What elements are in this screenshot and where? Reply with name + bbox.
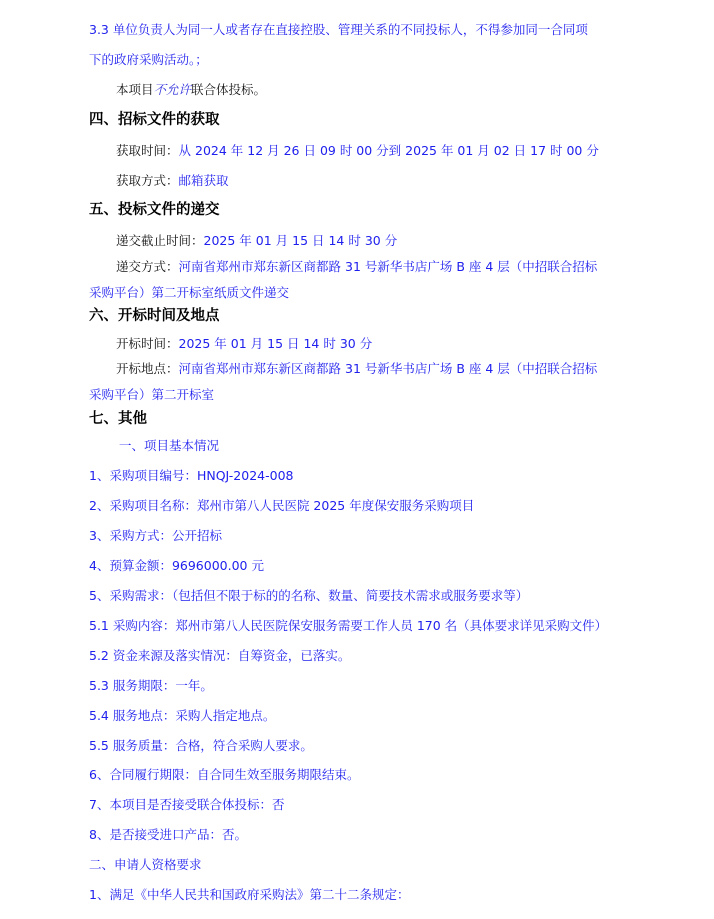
section-5-title: 五、投标文件的递交 bbox=[89, 202, 220, 218]
info-item: 8、是否接受进口产品：否。 bbox=[89, 827, 247, 843]
info-item: 5.3 服务期限：一年。 bbox=[89, 678, 213, 694]
info-item: 1、采购项目编号：HNQJ-2024-008 bbox=[89, 468, 293, 484]
qualification-item: 1、满足《中华人民共和国政府采购法》第二十二条规定： bbox=[89, 887, 409, 903]
consortium-value: 不允许 bbox=[154, 82, 192, 97]
opening-place-label: 开标地点： bbox=[116, 361, 179, 376]
info-item: 4、预算金额：9696000.00 元 bbox=[89, 558, 264, 574]
subsection-basic-info-title: 一、项目基本情况 bbox=[119, 438, 219, 454]
info-item: 7、本项目是否接受联合体投标：否 bbox=[89, 797, 284, 813]
info-item: 5.2 资金来源及落实情况：自筹资金，已落实。 bbox=[89, 648, 350, 664]
consortium-suffix: 联合体投标。 bbox=[191, 82, 266, 97]
section-4-title: 四、招标文件的获取 bbox=[89, 112, 220, 128]
submit-method-label: 递交方式： bbox=[116, 259, 179, 274]
consortium-statement: 本项目不允许联合体投标。 bbox=[116, 82, 266, 98]
acquire-time-value: 从 2024 年 12 月 26 日 09 时 00 分到 2025 年 01 … bbox=[179, 143, 599, 158]
subsection-qualification-title: 二、申请人资格要求 bbox=[89, 857, 202, 873]
section-7-title: 七、其他 bbox=[89, 411, 147, 427]
submit-method-value-line1: 河南省郑州市郑东新区商都路 31 号新华书店广场 B 座 4 层（中招联合招标 bbox=[179, 259, 598, 274]
submit-deadline-label: 递交截止时间： bbox=[116, 233, 204, 248]
section-4-time: 获取时间：从 2024 年 12 月 26 日 09 时 00 分到 2025 … bbox=[116, 143, 599, 159]
opening-time-value: 2025 年 01 月 15 日 14 时 30 分 bbox=[179, 336, 373, 351]
opening-place-value-line2: 采购平台）第二开标室 bbox=[89, 387, 214, 403]
consortium-prefix: 本项目 bbox=[116, 82, 154, 97]
info-item: 5、采购需求：（包括但不限于标的的名称、数量、简要技术需求或服务要求等） bbox=[89, 588, 528, 604]
info-item: 5.5 服务质量：合格，符合采购人要求。 bbox=[89, 738, 313, 754]
section-4-method: 获取方式：邮箱获取 bbox=[116, 173, 229, 189]
info-item: 5.1 采购内容：郑州市第八人民医院保安服务需要工作人员 170 名（具体要求详… bbox=[89, 618, 607, 634]
acquire-method-label: 获取方式： bbox=[116, 173, 179, 188]
acquire-time-label: 获取时间： bbox=[116, 143, 179, 158]
opening-place-value-line1: 河南省郑州市郑东新区商都路 31 号新华书店广场 B 座 4 层（中招联合招标 bbox=[179, 361, 598, 376]
submit-deadline-value: 2025 年 01 月 15 日 14 时 30 分 bbox=[204, 233, 398, 248]
info-item: 5.4 服务地点：采购人指定地点。 bbox=[89, 708, 275, 724]
opening-time-label: 开标时间： bbox=[116, 336, 179, 351]
info-item: 3、采购方式：公开招标 bbox=[89, 528, 222, 544]
acquire-method-value: 邮箱获取 bbox=[179, 173, 229, 188]
submit-method-value-line2: 采购平台）第二开标室纸质文件递交 bbox=[89, 285, 289, 301]
clause-3-3-line1: 3.3 单位负责人为同一人或者存在直接控股、管理关系的不同投标人，不得参加同一合… bbox=[89, 22, 588, 38]
section-6-place: 开标地点：河南省郑州市郑东新区商都路 31 号新华书店广场 B 座 4 层（中招… bbox=[116, 361, 597, 377]
section-6-time: 开标时间：2025 年 01 月 15 日 14 时 30 分 bbox=[116, 336, 372, 352]
section-5-method: 递交方式：河南省郑州市郑东新区商都路 31 号新华书店广场 B 座 4 层（中招… bbox=[116, 259, 597, 275]
clause-3-3-line2: 下的政府采购活动。； bbox=[89, 52, 208, 68]
section-5-deadline: 递交截止时间：2025 年 01 月 15 日 14 时 30 分 bbox=[116, 233, 397, 249]
info-item: 2、采购项目名称：郑州市第八人民医院 2025 年度保安服务采购项目 bbox=[89, 498, 474, 514]
info-item: 6、合同履行期限：自合同生效至服务期限结束。 bbox=[89, 767, 359, 783]
section-6-title: 六、开标时间及地点 bbox=[89, 308, 220, 324]
